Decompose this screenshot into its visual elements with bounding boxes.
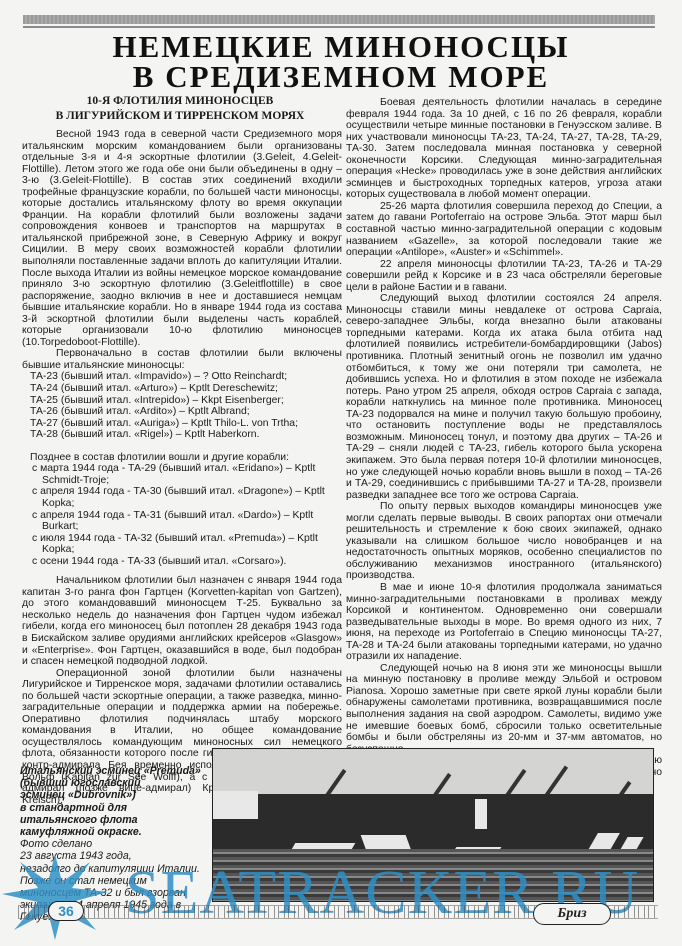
paragraph: Первоначально в состав флотилии были вкл…: [22, 348, 342, 371]
caption-line: эсминец «Dubrovnik»): [20, 789, 210, 801]
list-item: ТА-28 (бывший итал. «Rigel») – Kptlt Hab…: [22, 429, 342, 441]
section-heading: 10-Я ФЛОТИЛИЯ МИНОНОСЦЕВ В ЛИГУРИЙСКОМ И…: [20, 94, 340, 124]
paragraph: 22 апреля миноносцы флотилии ТА-23, ТА-2…: [346, 259, 662, 294]
paragraph: В мае и июне 10-я флотилия продолжала за…: [346, 582, 662, 663]
paragraph: Следующий выход флотилии состоялся 24 ап…: [346, 293, 662, 501]
list-item: ТА-25 (бывший итал. «Intrepido») – Kkpt …: [22, 395, 342, 407]
camouflage-patch: [475, 799, 487, 829]
list-item: ТА-27 (бывший итал. «Auriga») – Kptlt Th…: [22, 418, 342, 430]
paragraph: Боевая деятельность флотилии началась в …: [346, 97, 662, 201]
paragraph: Начальником флотилии был назначен с янва…: [22, 575, 342, 667]
caption-line: в стандартной для: [20, 802, 210, 814]
list-item: с апреля 1944 года - ТА-30 (бывший итал.…: [22, 486, 342, 509]
caption-line: Фото сделано: [20, 838, 210, 850]
article-title-line-2: В СРЕДИЗЕМНОМ МОРЕ: [0, 60, 682, 94]
caption-line: (бывший югославский: [20, 777, 210, 789]
list-item: ТА-26 (бывший итал. «Ardito») – Kptlt Al…: [22, 406, 342, 418]
paragraph: 25-26 марта флотилия совершила переход д…: [346, 201, 662, 259]
caption-line: камуфляжной окраске.: [20, 826, 210, 838]
initial-ships-list: ТА-23 (бывший итал. «Impavido») – ? Otto…: [22, 371, 342, 440]
paragraph: Весной 1943 года в северной части Средиз…: [22, 129, 342, 348]
photo-sky: [213, 749, 653, 799]
section-heading-line-2: В ЛИГУРИЙСКОМ И ТИРРЕНСКОМ МОРЯХ: [20, 109, 340, 124]
ship-hull: [213, 794, 653, 849]
caption-line: итальянского флота: [20, 814, 210, 826]
list-item: с апреля 1944 года - ТА-31 (бывший итал.…: [22, 510, 342, 533]
page-number: 36: [48, 901, 84, 921]
list-item: ТА-24 (бывший итал. «Arturo») – Kptlt De…: [22, 383, 342, 395]
list-item: с осени 1944 года - ТА-33 (бывший итал. …: [22, 556, 342, 568]
section-heading-line-1: 10-Я ФЛОТИЛИЯ МИНОНОСЦЕВ: [20, 94, 340, 109]
list-item: с июля 1944 года - ТА-32 (бывший итал. «…: [22, 533, 342, 556]
header-rule-line: [23, 26, 655, 28]
left-column: Весной 1943 года в северной части Средиз…: [22, 129, 342, 806]
caption-line: Итальянский эсминец «Premuda»: [20, 765, 210, 777]
header-rule-bar: [23, 15, 655, 24]
paragraph: Позднее в состав флотилии вошли и другие…: [22, 452, 342, 464]
paragraph: Следующей ночью на 8 июня эти же минонос…: [346, 663, 662, 755]
paragraph: По опыту первых выходов командиры миноно…: [346, 501, 662, 582]
list-item: с марта 1944 года - ТА-29 (бывший итал. …: [22, 463, 342, 486]
building-shape: [213, 791, 258, 819]
later-ships-list: с марта 1944 года - ТА-29 (бывший итал. …: [22, 463, 342, 567]
right-column: Боевая деятельность флотилии началась в …: [346, 97, 662, 790]
list-item: ТА-23 (бывший итал. «Impavido») – ? Otto…: [22, 371, 342, 383]
starburst-icon: [0, 852, 110, 942]
magazine-logo: Бриз: [533, 903, 611, 925]
